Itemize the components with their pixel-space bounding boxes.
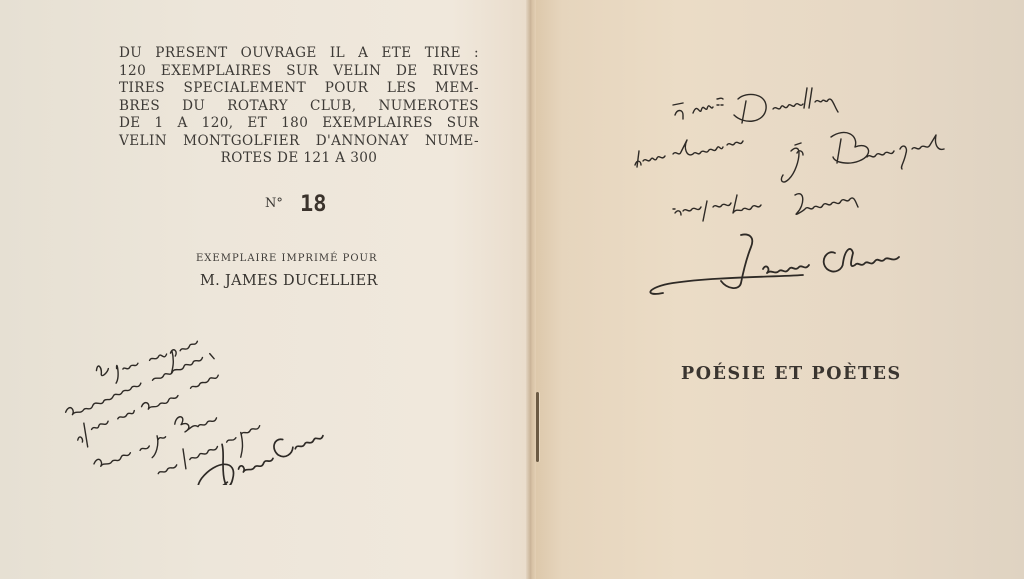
copy-number-value: 18 (300, 192, 327, 217)
staple-icon (536, 392, 539, 462)
justification-line: BRES DU ROTARY CLUB, NUMEROTES (119, 98, 479, 116)
left-handwritten-inscription (55, 295, 395, 485)
recipient-name: M. JAMES DUCELLIER (200, 273, 378, 289)
justification-line: VELIN MONTGOLFIER D'ANNONAY NUME- (119, 133, 479, 151)
justification-line: DE 1 A 120, ET 180 EXEMPLAIRES SUR (119, 115, 479, 133)
left-page: DU PRESENT OUVRAGE IL A ETE TIRE : 120 E… (0, 0, 530, 579)
justification-line: TIRES SPECIALEMENT POUR LES MEM- (119, 80, 479, 98)
right-page: à M. Ducellier dans l'amitié de Joë Bous… (533, 0, 1024, 579)
book-title: POÉSIE ET POÈTES (681, 364, 902, 384)
justification-line: DU PRESENT OUVRAGE IL A ETE TIRE : (119, 45, 479, 63)
printed-for-label: EXEMPLAIRE IMPRIMÉ POUR (196, 253, 378, 264)
justification-line: ROTES DE 121 A 300 (119, 150, 479, 168)
book-gutter (526, 0, 536, 579)
copy-number-label: N° (265, 196, 283, 211)
justification-notice: DU PRESENT OUVRAGE IL A ETE TIRE : 120 E… (119, 45, 479, 168)
copy-number: N° 18 (265, 192, 326, 217)
justification-line: 120 EXEMPLAIRES SUR VELIN DE RIVES (119, 63, 479, 81)
right-handwritten-inscription (623, 85, 1023, 305)
